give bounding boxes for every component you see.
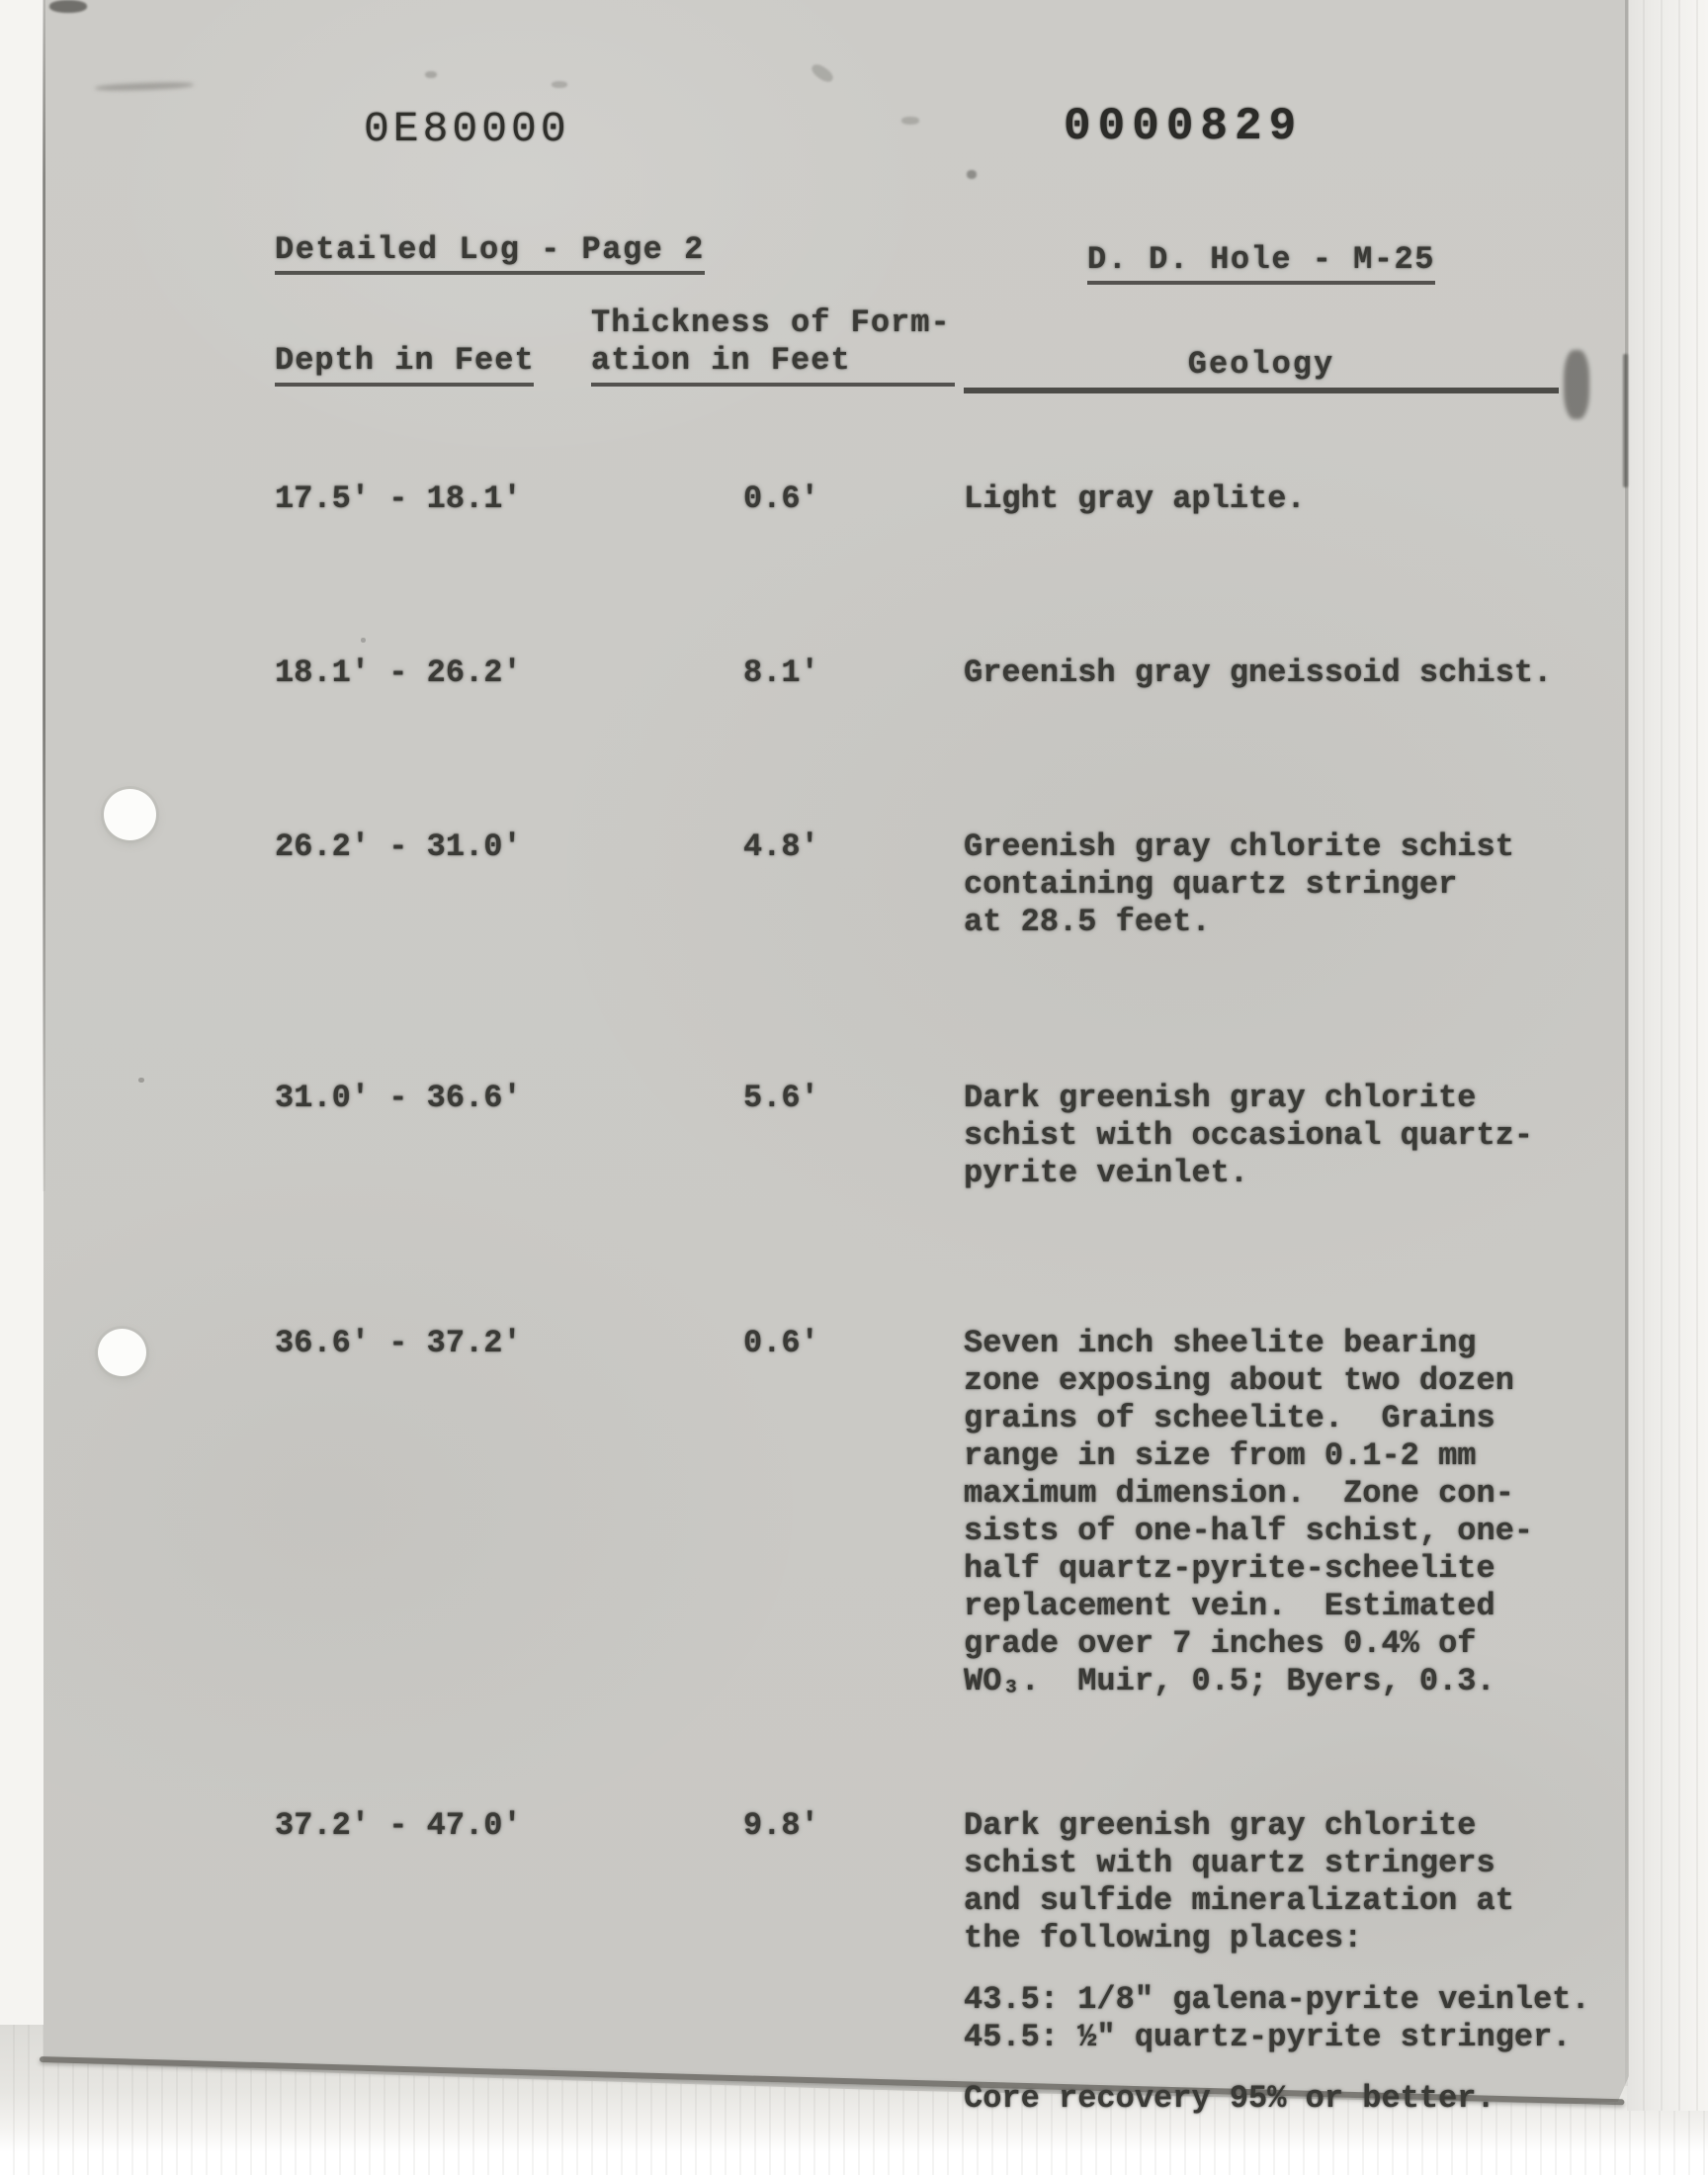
geology-cell: Greenish gray chlorite schistcontaining … [964,828,1586,941]
geology-cell: Dark greenish gray chloriteschist with o… [964,1080,1586,1192]
hole-title: D. D. Hole - M-25 [1087,241,1435,285]
scan-smudge [552,81,567,88]
table-row: 31.0' - 36.6' 5.6' Dark greenish gray ch… [275,1080,1589,1192]
geology-paragraph: Greenish gray gneissoid schist. [964,654,1586,692]
geology-paragraph: 43.5: 1/8" galena-pyrite veinlet.45.5: ½… [964,1981,1586,2056]
table-row: 18.1' - 26.2' 8.1' Greenish gray gneisso… [275,654,1589,692]
geology-paragraph: Seven inch sheelite bearingzone exposing… [964,1325,1586,1700]
depth-cell: 17.5' - 18.1' [275,480,593,518]
scan-smudge [49,0,87,13]
scan-smudge [901,117,919,125]
scan-smudge [1623,354,1628,487]
geology-paragraph: Light gray aplite. [964,480,1586,518]
table-row: 17.5' - 18.1' 0.6' Light gray aplite. [275,480,1589,518]
stamp-number-left: 0E80000 [364,105,570,153]
column-header-thickness-line2: ation in Feet [591,342,955,387]
geology-paragraph: Dark greenish gray chloriteschist with o… [964,1080,1586,1192]
hole-punch-bottom [98,1329,146,1376]
scanned-document: 0E80000 0000829 Detailed Log - Page 2 D.… [0,0,1708,2175]
geology-paragraph: Core recovery 95% or better. [964,2080,1586,2118]
scanner-background-right [1627,0,1708,2111]
thickness-cell: 5.6' [593,1080,964,1117]
geology-paragraph: Dark greenish gray chloriteschist with q… [964,1807,1586,1957]
table-row: 36.6' - 37.2' 0.6' Seven inch sheelite b… [275,1325,1589,1700]
depth-cell: 31.0' - 36.6' [275,1080,593,1117]
stamp-number-right: 0000829 [1064,101,1303,152]
page-left-edge [43,0,45,1191]
column-header-depth: Depth in Feet [275,342,534,387]
table-row: 37.2' - 47.0' 9.8' Dark greenish gray ch… [275,1807,1589,2118]
geology-cell: Light gray aplite. [964,480,1586,518]
geology-cell: Dark greenish gray chloriteschist with q… [964,1807,1586,2118]
depth-cell: 36.6' - 37.2' [275,1325,593,1362]
thickness-cell: 8.1' [593,654,964,692]
depth-cell: 18.1' - 26.2' [275,654,593,692]
log-table: 17.5' - 18.1' 0.6' Light gray aplite. 18… [275,405,1589,2155]
thickness-cell: 9.8' [593,1807,964,1845]
depth-cell: 37.2' - 47.0' [275,1807,593,1845]
table-row: 26.2' - 31.0' 4.8' Greenish gray chlorit… [275,828,1589,941]
depth-cell: 26.2' - 31.0' [275,828,593,866]
scan-smudge [967,170,977,179]
thickness-cell: 4.8' [593,828,964,866]
geology-cell: Greenish gray gneissoid schist. [964,654,1586,692]
page-right-edge [1625,0,1628,2086]
geology-cell: Seven inch sheelite bearingzone exposing… [964,1325,1586,1700]
page-title: Detailed Log - Page 2 [275,231,705,275]
column-header-thickness-line1: Thickness of Form- [591,304,951,341]
scan-smudge [425,71,437,78]
column-header-geology: Geology [964,346,1559,393]
scan-smudge [138,1078,144,1083]
thickness-cell: 0.6' [593,480,964,518]
hole-punch-top [104,789,156,840]
thickness-cell: 0.6' [593,1325,964,1362]
geology-paragraph: Greenish gray chlorite schistcontaining … [964,828,1586,941]
